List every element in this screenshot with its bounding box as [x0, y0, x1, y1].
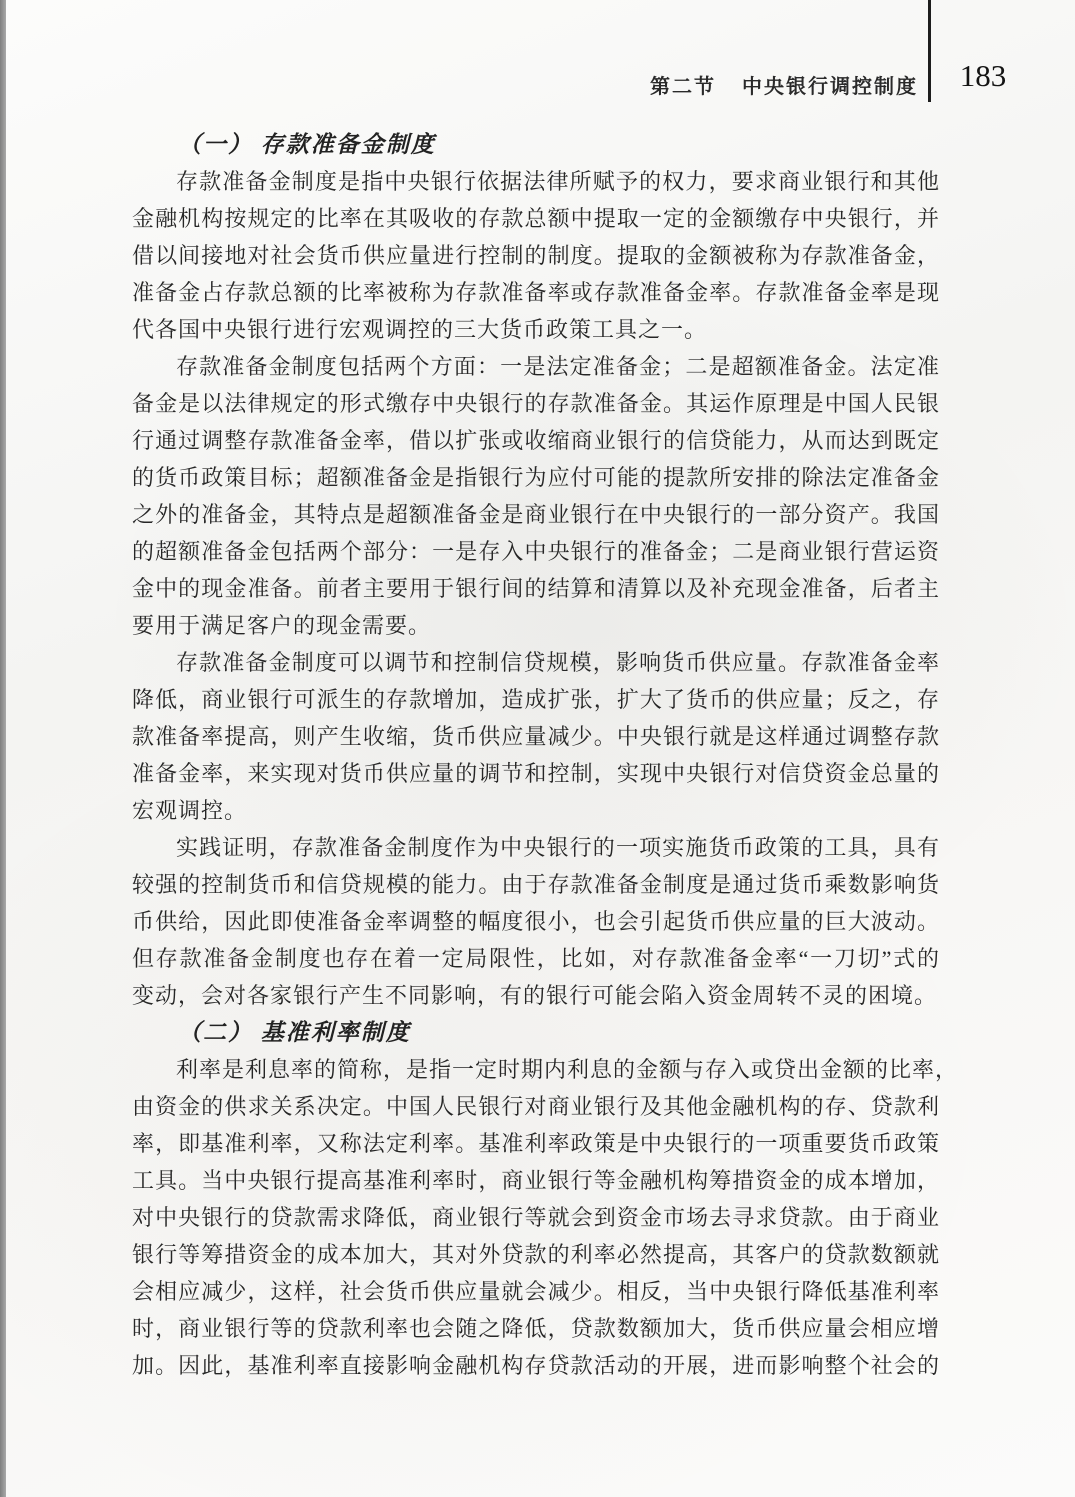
chapter-title: 中央银行调控制度: [742, 76, 918, 98]
text-line: 的货币政策目标；超额准备金是指银行为应付可能的提款所安排的除法定准备金: [132, 459, 940, 496]
running-header: 第二节中央银行调控制度: [0, 70, 918, 99]
text-line: 较强的控制货币和信贷规模的能力。由于存款准备金制度是通过货币乘数影响货: [132, 866, 940, 903]
text-line: 会相应减少，这样，社会货币供应量就会减少。相反，当中央银行降低基准利率: [132, 1273, 940, 1310]
text-line: 金中的现金准备。前者主要用于银行间的结算和清算以及补充现金准备，后者主: [132, 570, 940, 607]
text-line: 币供给，因此即使准备金率调整的幅度很小，也会引起货币供应量的巨大波动。: [132, 903, 940, 940]
text-line: 银行等筹措资金的成本加大，其对外贷款的利率必然提高，其客户的贷款数额就: [132, 1236, 940, 1273]
section-label: 第二节: [650, 76, 716, 98]
text-line: 降低，商业银行可派生的存款增加，造成扩张，扩大了货币的供应量；反之，存: [132, 681, 940, 718]
text-line: 利率是利息率的简称，是指一定时期内利息的金额与存入或贷出金额的比率，: [132, 1051, 940, 1088]
text-line: 准备金率，来实现对货币供应量的调节和控制，实现中央银行对信贷资金总量的: [132, 755, 940, 792]
text-line: 实践证明，存款准备金制度作为中央银行的一项实施货币政策的工具，具有: [132, 829, 940, 866]
text-line: 存款准备金制度可以调节和控制信贷规模，影响货币供应量。存款准备金率: [132, 644, 940, 681]
scanned-book-page: { "colors": { "ink": "#262626", "paper":…: [0, 0, 1075, 1497]
text-line: 准备金占存款总额的比率被称为存款准备率或存款准备金率。存款准备金率是现: [132, 274, 940, 311]
text-line: 变动，会对各家银行产生不同影响，有的银行可能会陷入资金周转不灵的困境。: [132, 977, 940, 1014]
header-divider-rule: [928, 0, 931, 102]
text-line: 金融机构按规定的比率在其吸收的存款总额中提取一定的金额缴存中央银行，并: [132, 200, 940, 237]
text-line: 存款准备金制度是指中央银行依据法律所赋予的权力，要求商业银行和其他: [132, 163, 940, 200]
page-body: （一） 存款准备金制度存款准备金制度是指中央银行依据法律所赋予的权力，要求商业银…: [132, 126, 940, 1384]
subsection-heading: （二） 基准利率制度: [132, 1014, 940, 1051]
text-line: 款准备率提高，则产生收缩，货币供应量减少。中央银行就是这样通过调整存款: [132, 718, 940, 755]
paragraph: 存款准备金制度可以调节和控制信贷规模，影响货币供应量。存款准备金率降低，商业银行…: [132, 644, 940, 829]
text-line: 借以间接地对社会货币供应量进行控制的制度。提取的金额被称为存款准备金，: [132, 237, 940, 274]
text-line: 代各国中央银行进行宏观调控的三大货币政策工具之一。: [132, 311, 940, 348]
text-line: 由资金的供求关系决定。中国人民银行对商业银行及其他金融机构的存、贷款利: [132, 1088, 940, 1125]
text-line: 备金是以法律规定的形式缴存中央银行的存款准备金。其运作原理是中国人民银: [132, 385, 940, 422]
text-line: 时，商业银行等的贷款利率也会随之降低，贷款数额加大，货币供应量会相应增: [132, 1310, 940, 1347]
text-line: 但存款准备金制度也存在着一定局限性，比如，对存款准备金率“一刀切”式的: [132, 940, 940, 977]
text-line: 行通过调整存款准备金率，借以扩张或收缩商业银行的信贷能力，从而达到既定: [132, 422, 940, 459]
paragraph: 存款准备金制度是指中央银行依据法律所赋予的权力，要求商业银行和其他金融机构按规定…: [132, 163, 940, 348]
text-line: 存款准备金制度包括两个方面：一是法定准备金；二是超额准备金。法定准: [132, 348, 940, 385]
text-line: 工具。当中央银行提高基准利率时，商业银行等金融机构筹措资金的成本增加，: [132, 1162, 940, 1199]
text-line: 加。因此，基准利率直接影响金融机构存贷款活动的开展，进而影响整个社会的: [132, 1347, 940, 1384]
paragraph: 利率是利息率的简称，是指一定时期内利息的金额与存入或贷出金额的比率，由资金的供求…: [132, 1051, 940, 1384]
page-number: 183: [940, 58, 1026, 94]
text-line: 率，即基准利率，又称法定利率。基准利率政策是中央银行的一项重要货币政策: [132, 1125, 940, 1162]
text-line: 之外的准备金，其特点是超额准备金是商业银行在中央银行的一部分资产。我国: [132, 496, 940, 533]
text-line: 宏观调控。: [132, 792, 940, 829]
text-line: 的超额准备金包括两个部分：一是存入中央银行的准备金；二是商业银行营运资: [132, 533, 940, 570]
text-line: 对中央银行的贷款需求降低，商业银行等就会到资金市场去寻求贷款。由于商业: [132, 1199, 940, 1236]
subsection-heading: （一） 存款准备金制度: [132, 126, 940, 163]
scan-edge-shadow: [0, 0, 6, 1497]
paragraph: 实践证明，存款准备金制度作为中央银行的一项实施货币政策的工具，具有较强的控制货币…: [132, 829, 940, 1014]
paragraph: 存款准备金制度包括两个方面：一是法定准备金；二是超额准备金。法定准备金是以法律规…: [132, 348, 940, 644]
text-line: 要用于满足客户的现金需要。: [132, 607, 940, 644]
